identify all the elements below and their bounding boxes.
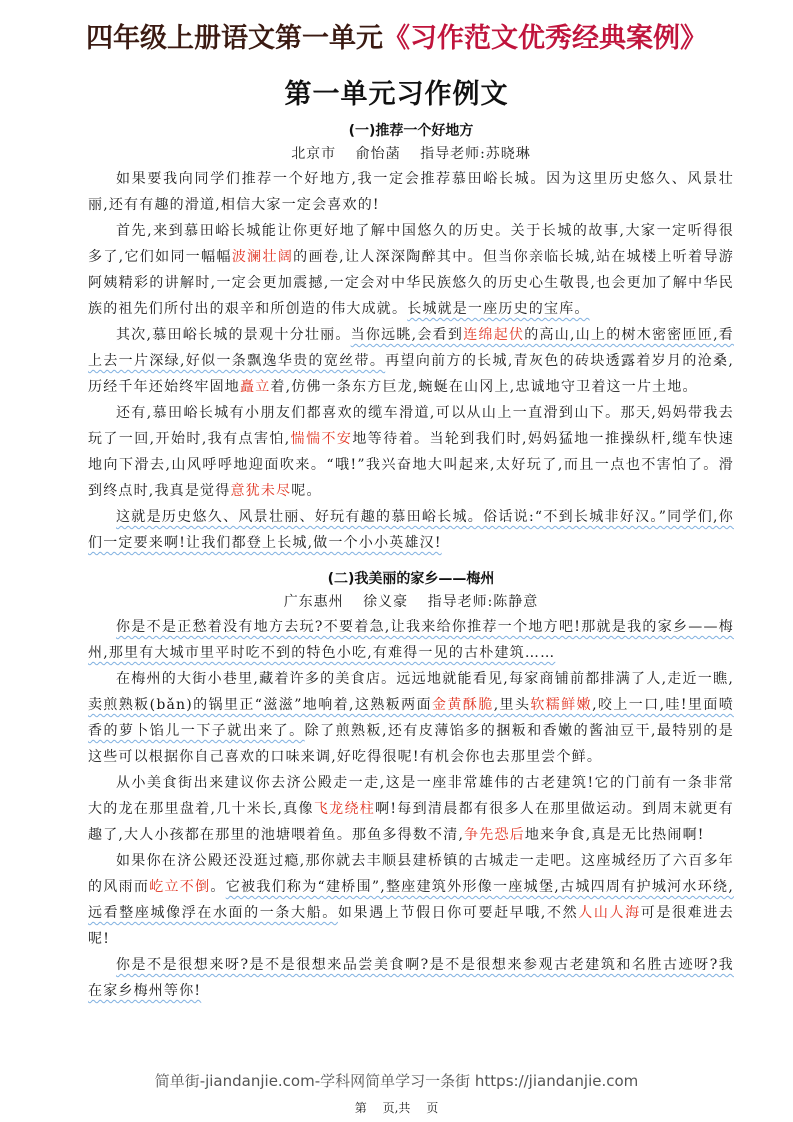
text-run: 如果要我向同学们推荐一个好地方,我一定会推荐慕田峪长城。因为这里历史悠久、风景壮…	[88, 171, 734, 213]
paragraph: 你是不是正愁着没有地方去玩?不要着急,让我来给你推荐一个地方吧!那就是我的家乡—…	[88, 614, 734, 666]
header-title-highlight: 《习作范文优秀经典案例》	[383, 23, 707, 54]
highlighted-phrase: 争先恐后	[464, 827, 525, 843]
highlighted-phrase: 飞龙绕柱	[314, 801, 375, 817]
header-title-main: 四年级上册语文第一单元	[86, 23, 383, 54]
essay-byline: 北京市 俞怡菡 指导老师:苏晓琳	[88, 142, 734, 166]
document-body: (一)推荐一个好地方 北京市 俞怡菡 指导老师:苏晓琳 如果要我向同学们推荐一个…	[88, 120, 734, 1004]
essay-title: (一)推荐一个好地方	[88, 120, 734, 142]
footer-watermark-link[interactable]: 简单街-jiandanjie.com-学科网简单学习一条街 https://ji…	[0, 1070, 793, 1091]
underlined-sentence: 这就是历史悠久、风景壮丽、好玩有趣的慕田峪长城。俗话说:“不到长城非好汉。”同学…	[88, 509, 734, 551]
essay-byline: 广东惠州 徐义豪 指导老师:陈静意	[88, 590, 734, 614]
paragraph: 还有,慕田峪长城有小朋友们都喜欢的缆车滑道,可以从山上一直滑到山下。那天,妈妈带…	[88, 400, 734, 504]
header-title: 四年级上册语文第一单元《习作范文优秀经典案例》	[0, 16, 793, 55]
highlighted-phrase: 人山人海	[578, 905, 640, 921]
paragraph: 其次,慕田峪长城的景观十分壮丽。当你远眺,会看到连绵起伏的高山,山上的树木密密匝…	[88, 322, 734, 400]
paragraph: 你是不是很想来呀?是不是很想来品尝美食啊?是不是很想来参观古老建筑和名胜古迹呀?…	[88, 952, 734, 1004]
underlined-sentence: 长城就是一座历史的宝库。	[407, 301, 589, 317]
document-title: 第一单元习作例文	[0, 72, 793, 111]
text-run: 呢。	[291, 483, 321, 499]
paragraph: 在梅州的大街小巷里,藏着许多的美食店。远远地就能看见,每家商铺前都排满了人,走近…	[88, 666, 734, 770]
highlighted-phrase: 波澜壮阔	[232, 249, 293, 265]
text-run: 地来争食,真是无比热闹啊!	[525, 827, 705, 843]
highlighted-phrase: 惴惴不安	[290, 431, 352, 447]
text-run: 其次,慕田峪长城的景观十分壮丽。	[116, 327, 351, 343]
paragraph: 如果要我向同学们推荐一个好地方,我一定会推荐慕田峪长城。因为这里历史悠久、风景壮…	[88, 166, 734, 218]
text-run: 着,仿佛一条东方巨龙,蜿蜒在山冈上,忠诚地守卫着这一片土地。	[270, 379, 697, 395]
underlined-sentence: 你是不是很想来呀?是不是很想来品尝美食啊?是不是很想来参观古老建筑和名胜古迹呀?…	[88, 957, 734, 999]
underlined-sentence: 当你远眺,会看到	[351, 327, 464, 343]
essay-title: (二)我美丽的家乡——梅州	[88, 568, 734, 590]
paragraph: 如果你在济公殿还没逛过瘾,那你就去丰顺县建桥镇的古城走一走吧。这座城经历了六百多…	[88, 848, 734, 952]
text-run: 。	[210, 879, 225, 895]
highlighted-phrase: 连绵起伏	[463, 327, 524, 343]
paragraph: 首先,来到慕田峪长城能让你更好地了解中国悠久的历史。关于长城的故事,大家一定听得…	[88, 218, 734, 322]
paragraph: 这就是历史悠久、风景壮丽、好玩有趣的慕田峪长城。俗话说:“不到长城非好汉。”同学…	[88, 504, 734, 556]
spacer	[88, 556, 734, 568]
underlined-sentence: 卖煎熟粄(bǎn)的锅里正“滋滋”地响着,这熟粄两面	[88, 697, 432, 713]
highlighted-phrase: 软糯鲜嫩	[530, 697, 592, 713]
underlined-sentence: 你是不是正愁着没有地方去玩?不要着急,让我来给你推荐一个地方吧!那就是我的家乡—…	[88, 619, 734, 661]
underlined-sentence: ,里头	[494, 697, 531, 713]
paragraph: 从小美食街出来建议你去济公殿走一走,这是一座非常雄伟的古老建筑!它的门前有一条非…	[88, 770, 734, 848]
highlighted-phrase: 矗立	[240, 379, 270, 395]
text-run: 在梅州的大街小巷里,藏着许多的美食店。远远地就能看见,每家商铺前都排满了人,走近…	[116, 671, 734, 687]
highlighted-phrase: 屹立不倒	[149, 879, 210, 895]
page-number: 第 页,共 页	[0, 1099, 793, 1116]
essay-1: (一)推荐一个好地方 北京市 俞怡菡 指导老师:苏晓琳 如果要我向同学们推荐一个…	[88, 120, 734, 556]
essay-2: (二)我美丽的家乡——梅州 广东惠州 徐义豪 指导老师:陈静意 你是不是正愁着没…	[88, 568, 734, 1004]
highlighted-phrase: 意犹未尽	[230, 483, 291, 499]
highlighted-phrase: 金黄酥脆	[432, 697, 494, 713]
text-run: 如果遇上节假日你可要赶早哦,不然	[338, 905, 578, 921]
